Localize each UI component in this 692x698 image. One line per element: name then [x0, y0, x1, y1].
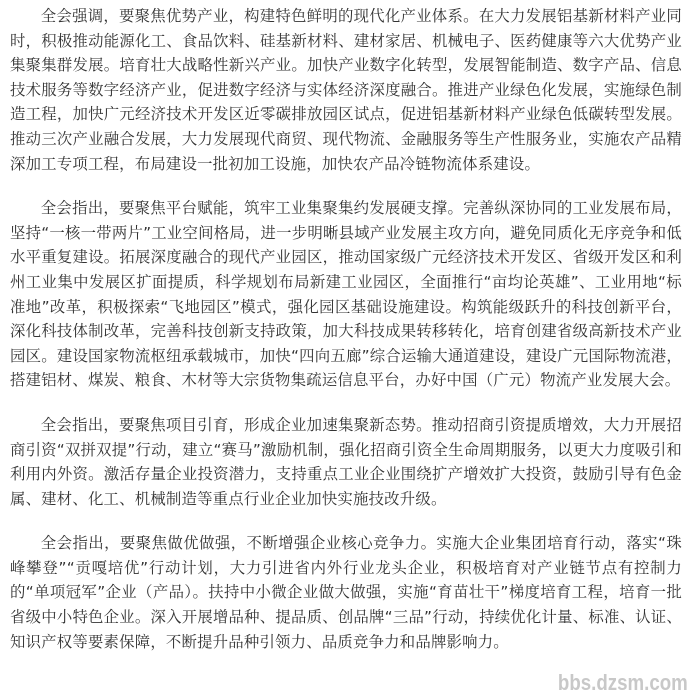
paragraph-platform-empowerment: 全会指出，要聚焦平台赋能，筑牢工业集聚集约发展硬支撑。完善纵深协同的工业发展布局… — [10, 196, 682, 393]
paragraph-enterprise-strengthening: 全会指出，要聚焦做优做强，不断增强企业核心竞争力。实施大企业集团培育行动，落实“… — [10, 531, 682, 654]
paragraph-project-attraction: 全会指出，要聚焦项目引育，形成企业加速集聚新态势。推动招商引资提质增效，大力开展… — [10, 413, 682, 511]
watermark: bbs.dzsm.com — [558, 670, 688, 696]
article-body: 全会强调，要聚焦优势产业，构建特色鲜明的现代化产业体系。在大力发展铝基新材料产业… — [10, 4, 682, 674]
paragraph-advantage-industries: 全会强调，要聚焦优势产业，构建特色鲜明的现代化产业体系。在大力发展铝基新材料产业… — [10, 4, 682, 176]
